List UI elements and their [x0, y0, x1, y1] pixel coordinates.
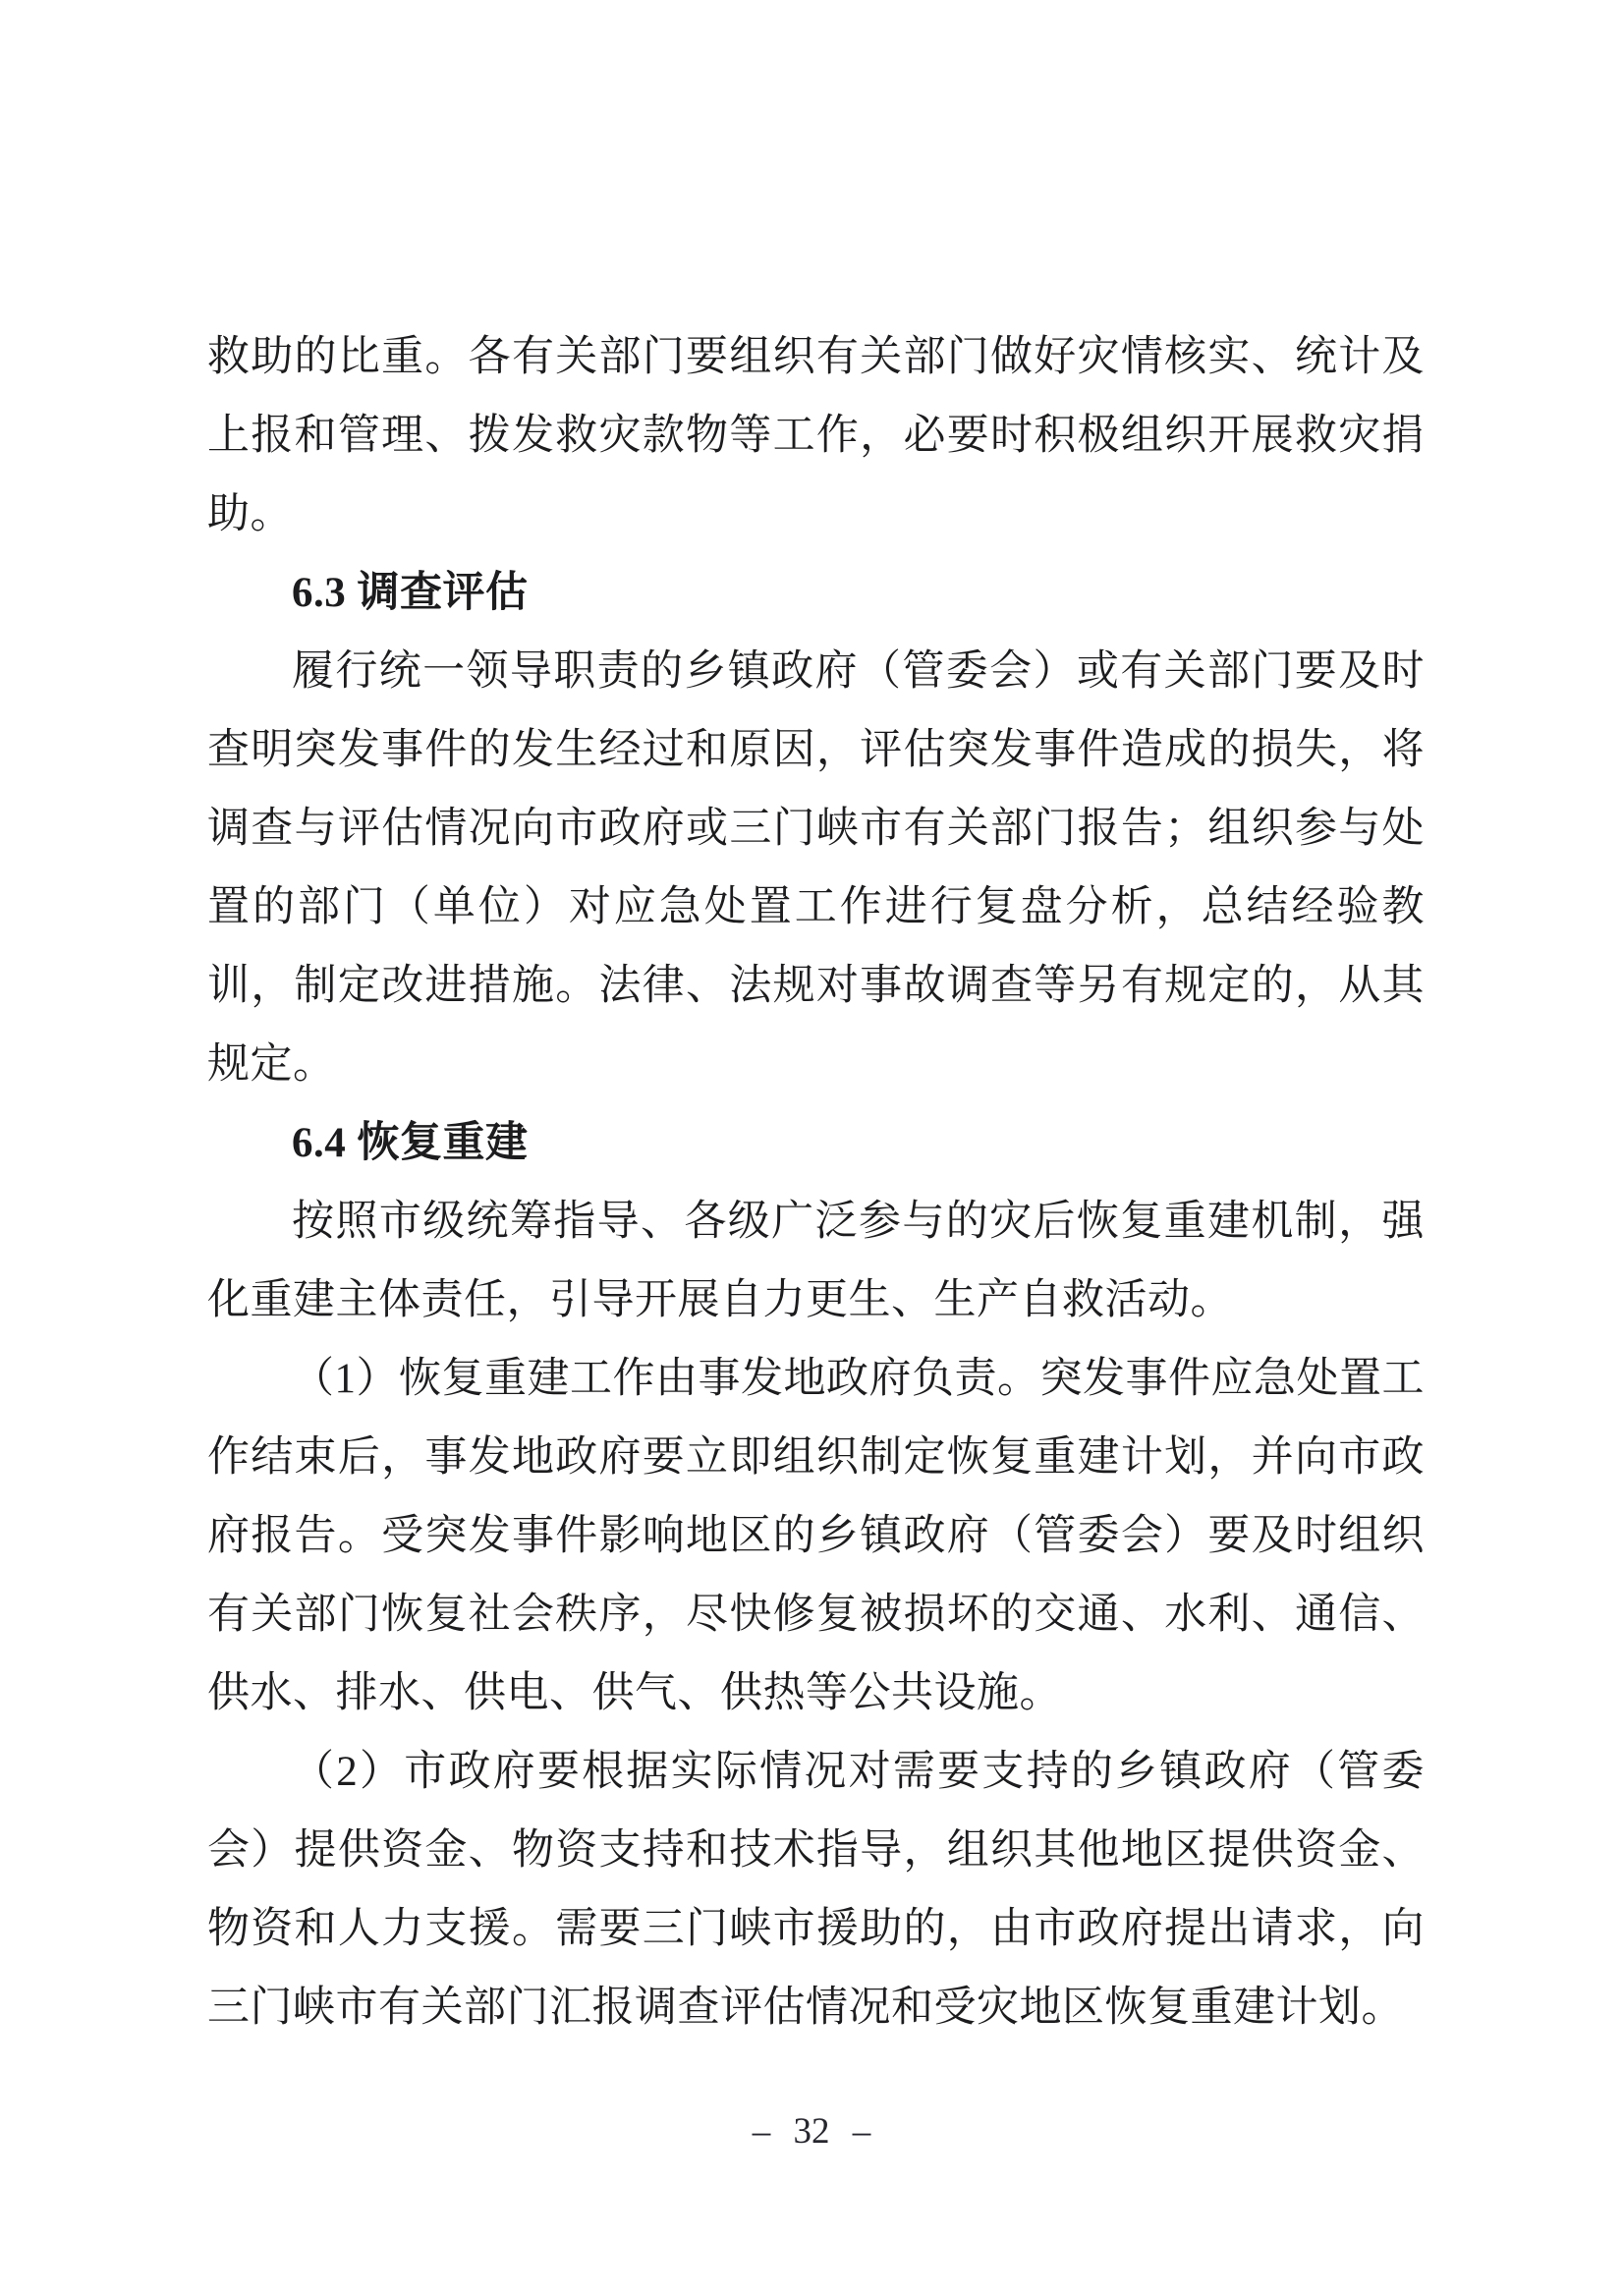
paragraph-recovery-item-2: （2）市政府要根据实际情况对需要支持的乡镇政府（管委会）提供资金、物资支持和技术…: [207, 1733, 1425, 2047]
document-body: 救助的比重。各有关部门要组织有关部门做好灾情核实、统计及上报和管理、拨发救灾款物…: [207, 318, 1425, 2047]
section-heading-6-3: 6.3 调查评估: [207, 554, 1425, 633]
document-page: 救助的比重。各有关部门要组织有关部门做好灾情核实、统计及上报和管理、拨发救灾款物…: [0, 0, 1623, 2296]
paragraph-investigation-evaluation: 履行统一领导职责的乡镇政府（管委会）或有关部门要及时查明突发事件的发生经过和原因…: [207, 633, 1425, 1104]
paragraph-disaster-relief-continuation: 救助的比重。各有关部门要组织有关部门做好灾情核实、统计及上报和管理、拨发救灾款物…: [207, 318, 1425, 554]
page-number-footer: – 32 –: [0, 2110, 1623, 2154]
section-heading-6-4: 6.4 恢复重建: [207, 1104, 1425, 1183]
paragraph-recovery-mechanism: 按照市级统筹指导、各级广泛参与的灾后恢复重建机制，强化重建主体责任，引导开展自力…: [207, 1183, 1425, 1340]
paragraph-recovery-item-1: （1）恢复重建工作由事发地政府负责。突发事件应急处置工作结束后，事发地政府要立即…: [207, 1340, 1425, 1733]
